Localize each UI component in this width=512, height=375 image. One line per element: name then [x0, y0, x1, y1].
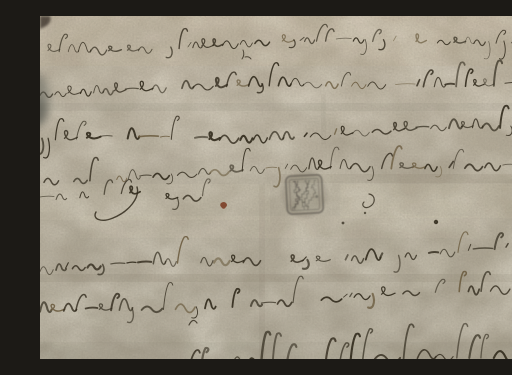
manuscript-canvas — [40, 16, 512, 359]
vignette-overlay — [40, 16, 512, 359]
manuscript-photograph: Photograph of an aged handwritten manusc… — [40, 16, 512, 359]
